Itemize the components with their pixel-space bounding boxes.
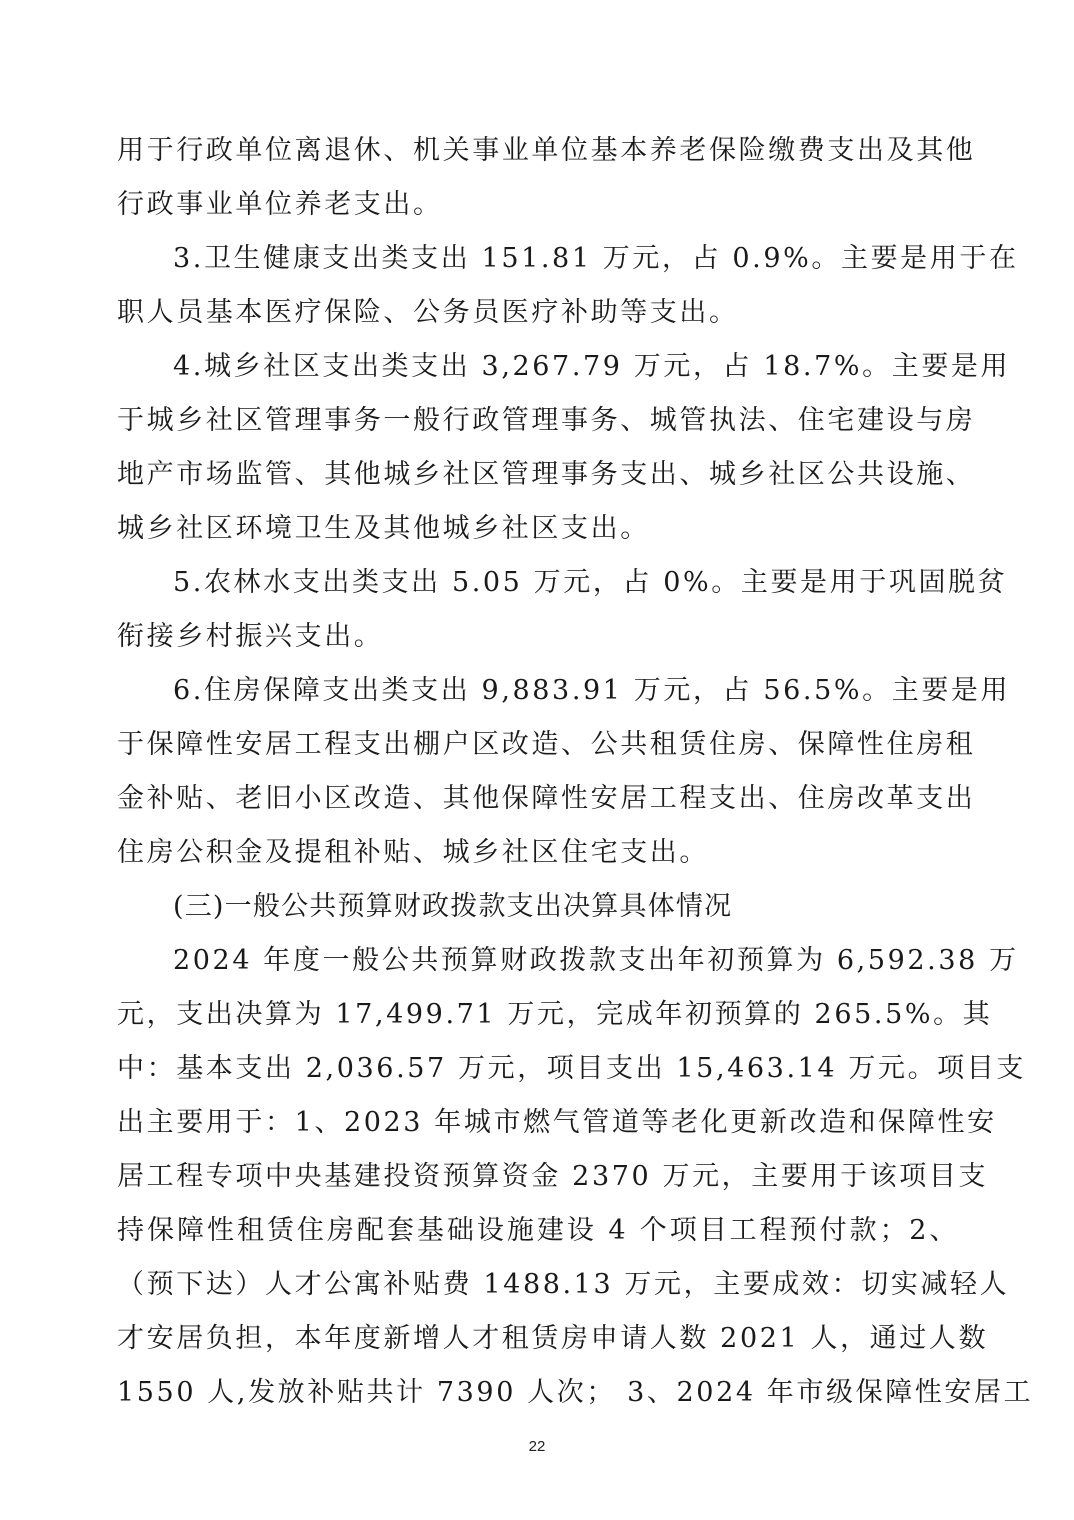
text-line: 6.住房保障支出类支出 9,883.91 万元，占 56.5%。主要是用 <box>117 664 959 718</box>
text-line: 1550 人,发放补贴共计 7390 人次； 3、2024 年市级保障性安居工 <box>117 1366 959 1420</box>
page-number: 22 <box>0 1438 1074 1455</box>
text-line: 地产市场监管、其他城乡社区管理事务支出、城乡社区公共设施、 <box>117 448 959 502</box>
text-line: 于城乡社区管理事务一般行政管理事务、城管执法、住宅建设与房 <box>117 394 959 448</box>
text-line: （预下达）人才公寓补贴费 1488.13 万元，主要成效：切实减轻人 <box>117 1258 959 1312</box>
text-line: 城乡社区环境卫生及其他城乡社区支出。 <box>117 502 959 556</box>
document-body: 用于行政单位离退休、机关事业单位基本养老保险缴费支出及其他 行政事业单位养老支出… <box>117 124 959 1420</box>
text-line: 出主要用于：1、2023 年城市燃气管道等老化更新改造和保障性安 <box>117 1096 959 1150</box>
text-line: 中：基本支出 2,036.57 万元，项目支出 15,463.14 万元。项目支 <box>117 1042 959 1096</box>
text-line: 行政事业单位养老支出。 <box>117 178 959 232</box>
text-line: 用于行政单位离退休、机关事业单位基本养老保险缴费支出及其他 <box>117 124 959 178</box>
text-line: 衔接乡村振兴支出。 <box>117 610 959 664</box>
text-line: 3.卫生健康支出类支出 151.81 万元，占 0.9%。主要是用于在 <box>117 232 959 286</box>
text-line: 金补贴、老旧小区改造、其他保障性安居工程支出、住房改革支出 <box>117 772 959 826</box>
text-line: 住房公积金及提租补贴、城乡社区住宅支出。 <box>117 826 959 880</box>
text-line: 持保障性租赁住房配套基础设施建设 4 个项目工程预付款；2、 <box>117 1204 959 1258</box>
text-line: 2024 年度一般公共预算财政拨款支出年初预算为 6,592.38 万 <box>117 934 959 988</box>
section-heading: (三)一般公共预算财政拨款支出决算具体情况 <box>117 880 959 934</box>
text-line: 于保障性安居工程支出棚户区改造、公共租赁住房、保障性住房租 <box>117 718 959 772</box>
text-line: 元，支出决算为 17,499.71 万元，完成年初预算的 265.5%。其 <box>117 988 959 1042</box>
text-line: 才安居负担，本年度新增人才租赁房申请人数 2021 人，通过人数 <box>117 1312 959 1366</box>
text-line: 5.农林水支出类支出 5.05 万元，占 0%。主要是用于巩固脱贫 <box>117 556 959 610</box>
text-line: 职人员基本医疗保险、公务员医疗补助等支出。 <box>117 286 959 340</box>
text-line: 居工程专项中央基建投资预算资金 2370 万元，主要用于该项目支 <box>117 1150 959 1204</box>
text-line: 4.城乡社区支出类支出 3,267.79 万元，占 18.7%。主要是用 <box>117 340 959 394</box>
